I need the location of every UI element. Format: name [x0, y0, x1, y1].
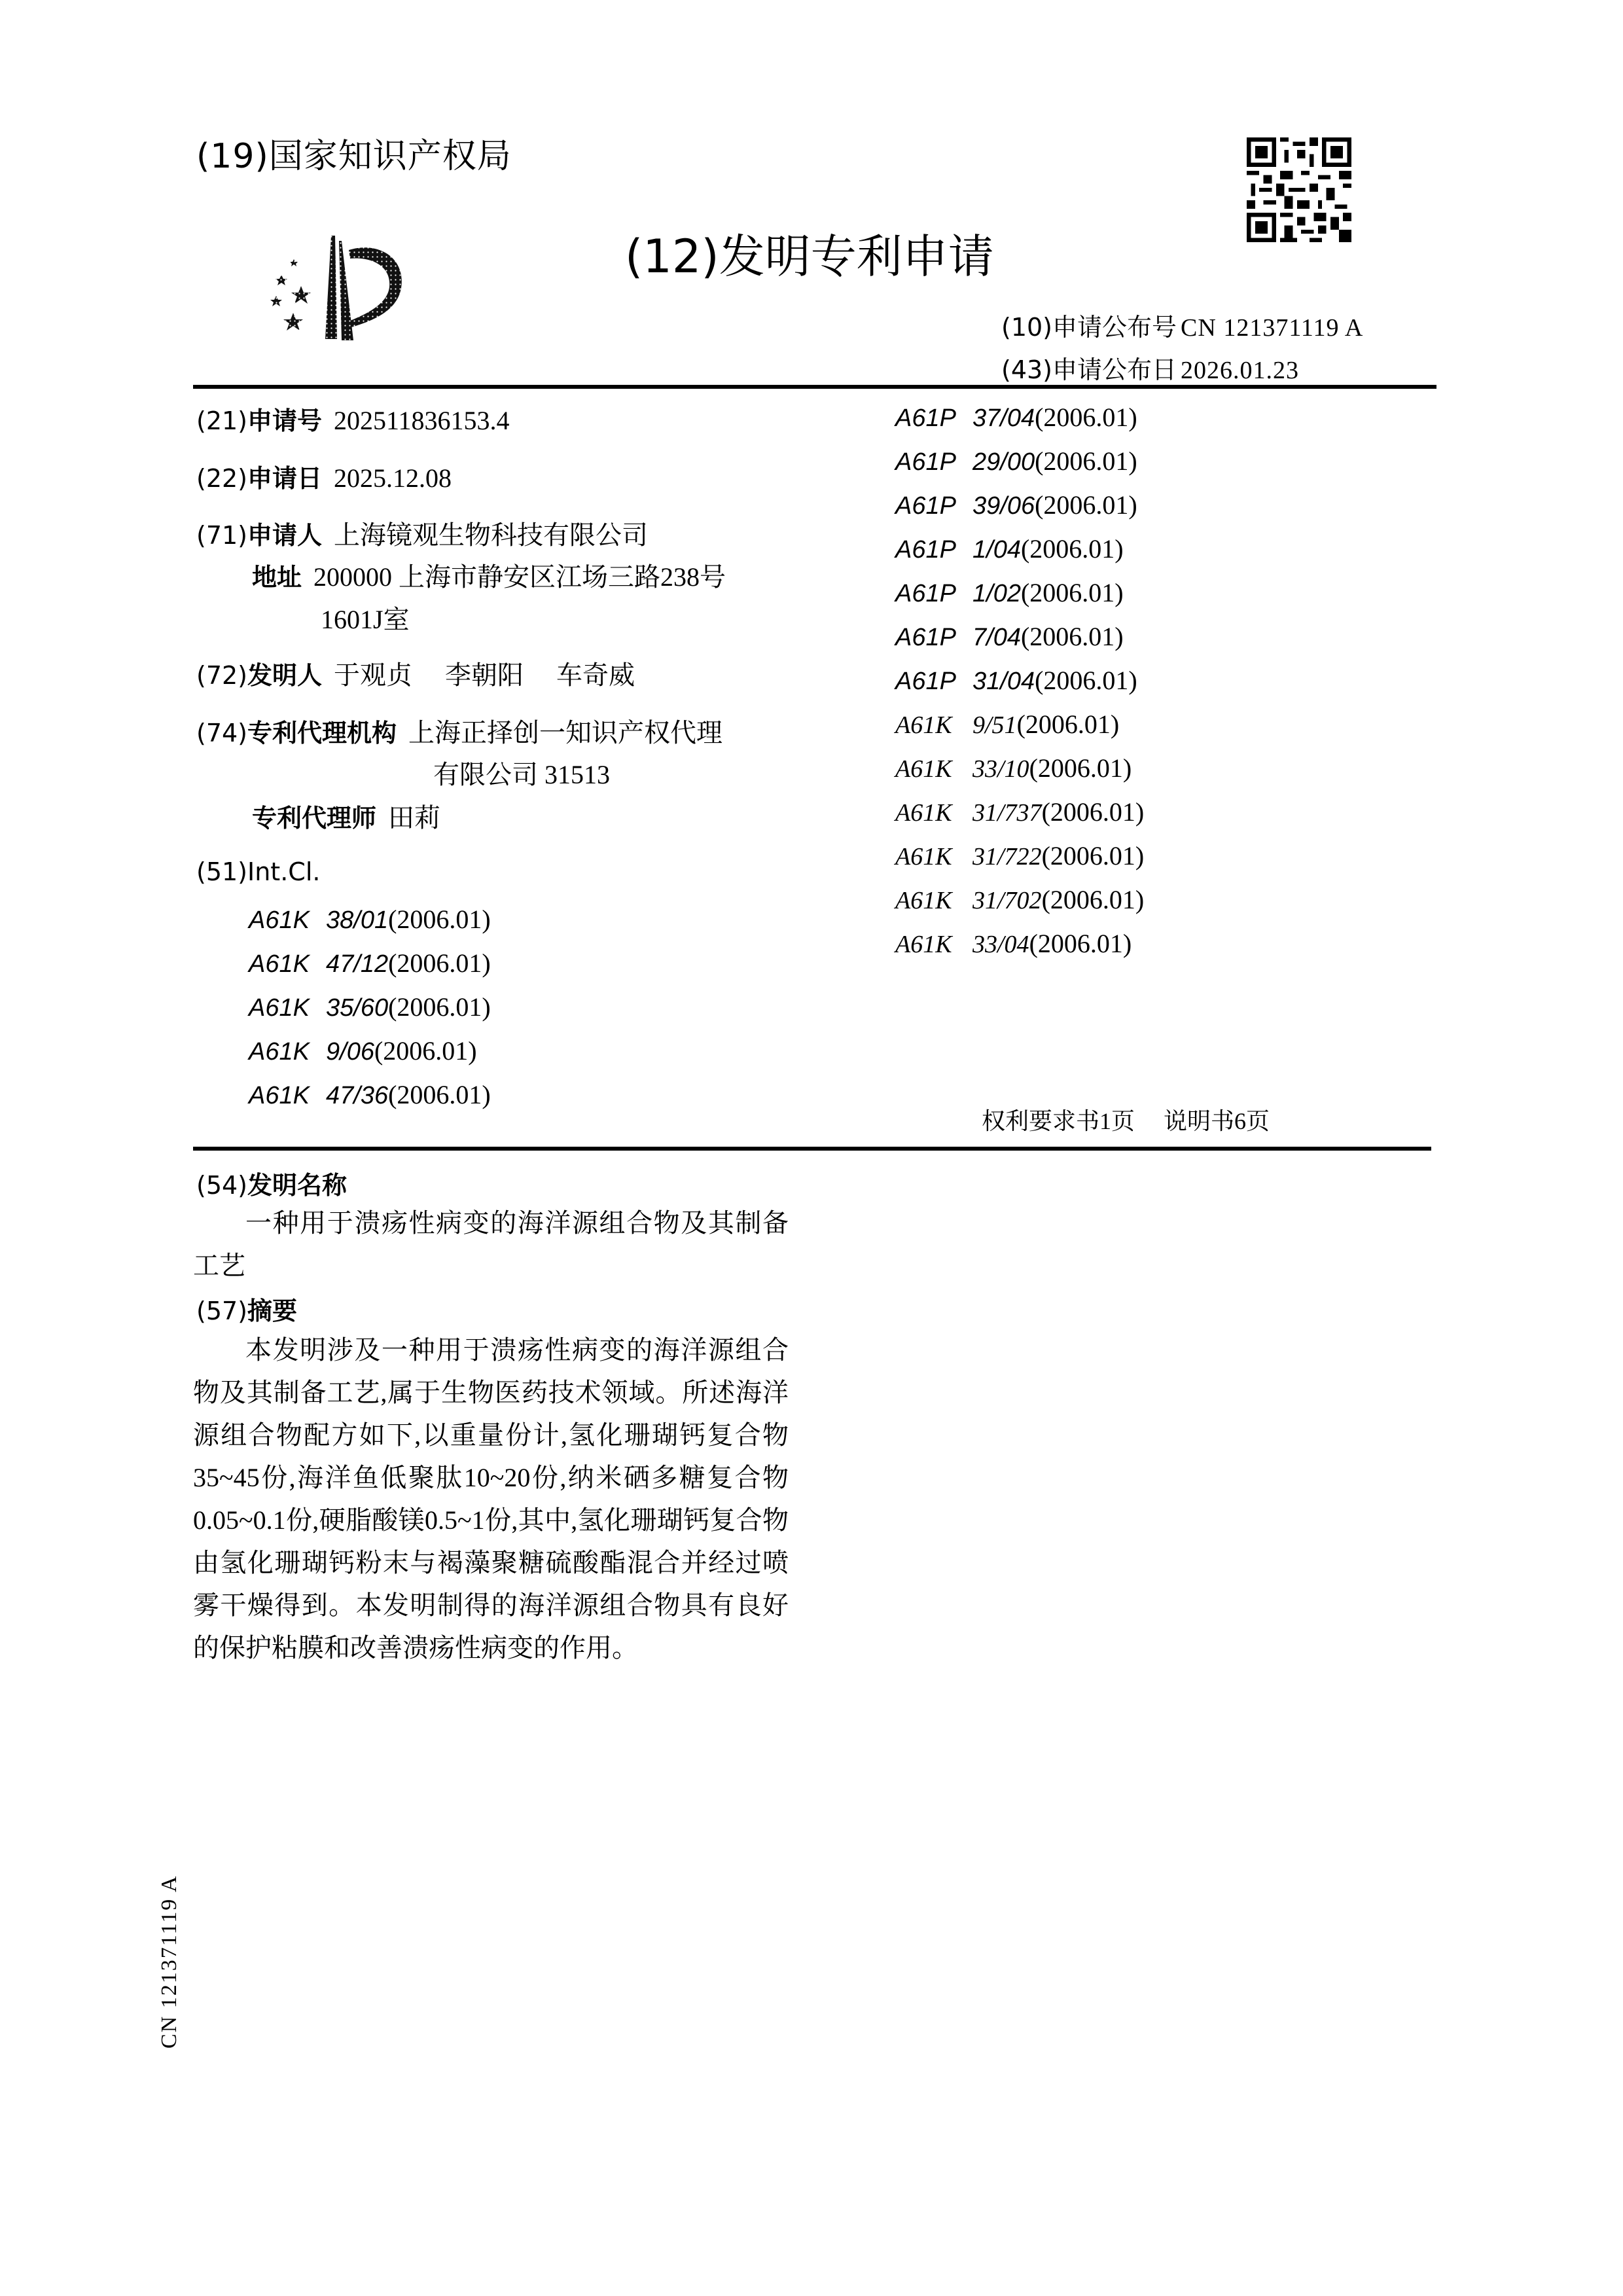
description-page-count: 说明书6页 [1164, 1108, 1270, 1134]
ipc-list-right: A61P37/04(2006.01) A61P29/00(2006.01) A6… [895, 396, 1144, 966]
agency-field: (74)专利代理机构上海正择创一知识产权代理 [196, 712, 722, 749]
issuing-office: (19)国家知识产权局 [196, 128, 512, 177]
address-line2: 1601J室 [321, 605, 410, 634]
ipc-entry: A61K33/10(2006.01) [895, 747, 1144, 791]
ipc-entry: A61K47/36(2006.01) [249, 1073, 491, 1117]
doc-type-code: (12) [625, 230, 719, 283]
ipc-entry: A61P31/04(2006.01) [895, 659, 1144, 703]
qr-code-icon [1247, 137, 1351, 242]
ipc-entry: A61P1/04(2006.01) [895, 528, 1144, 571]
publication-number-value: CN 121371119 A [1181, 314, 1363, 342]
document-type-title: (12)发明专利申请 [625, 220, 994, 286]
inventor-name: 李朝阳 [445, 660, 524, 690]
ipc-entry: A61P39/06(2006.01) [895, 484, 1144, 528]
publication-info: (10)申请公布号CN 121371119 A (43)申请公布日2026.01… [1001, 306, 1363, 391]
publication-number: (10)申请公布号CN 121371119 A [1001, 306, 1363, 349]
agency-line1: 上海正择创一知识产权代理 [408, 718, 722, 747]
ipc-entry: A61P7/04(2006.01) [895, 615, 1144, 659]
inventors-field: (72)发明人于观贞李朝阳车奇威 [196, 655, 635, 692]
page-counts: 权利要求书1页说明书6页 [982, 1103, 1270, 1136]
agent-value: 田莉 [388, 803, 440, 833]
section-divider [193, 1147, 1431, 1151]
address-field: 地址200000 上海市静安区江场三路238号 [252, 556, 726, 594]
application-number-value: 202511836153.4 [334, 406, 510, 435]
invention-title: 一种用于溃疡性病变的海洋源组合物及其制备工艺 [193, 1202, 789, 1287]
int-cl-heading: (51)Int.Cl. [196, 857, 320, 887]
claims-page-count: 权利要求书1页 [982, 1108, 1135, 1134]
ipc-entry: A61K31/722(2006.01) [895, 834, 1144, 878]
title-heading: (54)发明名称 [196, 1165, 347, 1201]
cnipa-logo-icon [265, 223, 422, 344]
filing-date-value: 2025.12.08 [334, 463, 452, 493]
office-name: 国家知识产权局 [269, 137, 512, 176]
side-publication-id: CN 121371119 A [157, 1875, 182, 2049]
ipc-entry: A61K35/60(2006.01) [249, 986, 491, 1030]
ipc-list-left: A61K38/01(2006.01) A61K47/12(2006.01) A6… [249, 898, 491, 1117]
header-divider [193, 385, 1436, 389]
ipc-entry: A61K31/702(2006.01) [895, 878, 1144, 922]
applicant-value: 上海镜观生物科技有限公司 [334, 520, 648, 550]
ipc-entry: A61K9/51(2006.01) [895, 703, 1144, 747]
ipc-entry: A61K38/01(2006.01) [249, 898, 491, 942]
abstract-heading: (57)摘要 [196, 1291, 297, 1327]
inventor-name: 于观贞 [334, 660, 412, 690]
application-number-field: (21)申请号202511836153.4 [196, 401, 510, 437]
filing-date-field: (22)申请日2025.12.08 [196, 458, 452, 494]
agent-field: 专利代理师田莉 [252, 797, 440, 834]
doc-type: 发明专利申请 [719, 230, 994, 283]
ipc-entry: A61P37/04(2006.01) [895, 396, 1144, 440]
ipc-entry: A61K47/12(2006.01) [249, 942, 491, 986]
agency-line2-row: 有限公司 31513 [321, 754, 610, 791]
ipc-entry: A61P29/00(2006.01) [895, 440, 1144, 484]
applicant-field: (71)申请人上海镜观生物科技有限公司 [196, 514, 648, 552]
address-line1: 200000 上海市静安区江场三路238号 [313, 562, 726, 592]
publication-date-value: 2026.01.23 [1181, 357, 1299, 384]
address-line2-row: 1601J室 [321, 599, 410, 636]
agency-line2: 有限公司 31513 [433, 760, 610, 789]
abstract-text: 本发明涉及一种用于溃疡性病变的海洋源组合物及其制备工艺,属于生物医药技术领域。所… [193, 1329, 789, 1669]
office-code: (19) [196, 137, 269, 176]
ipc-entry: A61K9/06(2006.01) [249, 1030, 491, 1073]
ipc-entry: A61K31/737(2006.01) [895, 791, 1144, 834]
inventor-name: 车奇威 [556, 660, 635, 690]
ipc-entry: A61K33/04(2006.01) [895, 922, 1144, 966]
ipc-entry: A61P1/02(2006.01) [895, 571, 1144, 615]
